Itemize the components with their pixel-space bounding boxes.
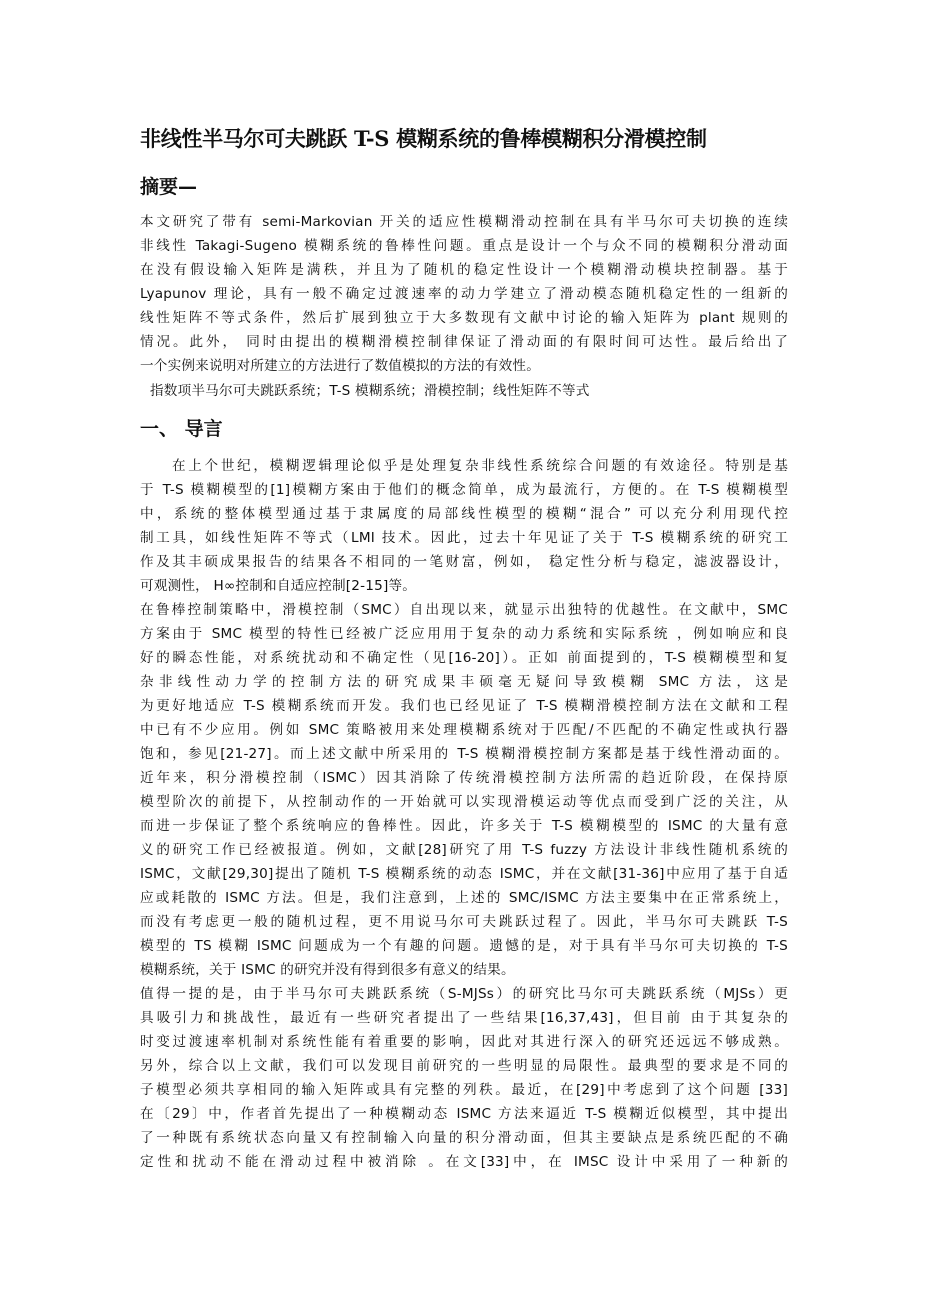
intro-line: 方案由于 SMC 模型的特性已经被广泛应用用于复杂的动力系统和实际系统 ，例如响… xyxy=(140,622,788,646)
intro-line: 好的瞬态性能，对系统扰动和不确定性（见[16-20]）。正如 前面提到的，T-S… xyxy=(140,646,788,670)
intro-line: 作及其丰硕成果报告的结果各不相同的一笔财富，例如， 稳定性分析与稳定，滤波器设计… xyxy=(140,550,788,574)
intro-line: 在上个世纪，模糊逻辑理论似乎是处理复杂非线性系统综合问题的有效途径。特别是基 xyxy=(172,454,788,478)
intro-line: 中，系统的整体模型通过基于隶属度的局部线性模型的模糊“混合” 可以充分利用现代控 xyxy=(140,502,788,526)
intro-line: 了一种既有系统状态向量又有控制输入向量的积分滑动面，但其主要缺点是系统匹配的不确 xyxy=(140,1126,788,1150)
intro-line: 而进一步保证了整个系统响应的鲁棒性。因此，许多关于 T-S 模糊模型的 ISMC… xyxy=(140,814,788,838)
intro-line: 另外，综合以上文献，我们可以发现目前研究的一些明显的局限性。最典型的要求是不同的 xyxy=(140,1054,788,1078)
intro-line: 模型阶次的前提下，从控制动作的一开始就可以实现滑模运动等优点而受到广泛的关注，从 xyxy=(140,790,788,814)
intro-line: 应或耗散的 ISMC 方法。但是，我们注意到，上述的 SMC/ISMC 方法主要… xyxy=(140,886,788,910)
abstract-heading: 摘要— xyxy=(140,173,197,201)
intro-line: 饱和，参见[21-27]。而上述文献中所采用的 T-S 模糊滑模控制方案都是基于… xyxy=(140,742,788,766)
intro-line: 子模型必须共享相同的输入矩阵或具有完整的列秩。最近，在[29]中考虑到了这个问题… xyxy=(140,1078,788,1102)
intro-line: 在〔29〕中，作者首先提出了一种模糊动态 ISMC 方法来逼近 T-S 模糊近似… xyxy=(140,1102,788,1126)
intro-line: 近年来，积分滑模控制（ISMC）因其消除了传统滑模控制方法所需的趋近阶段，在保持… xyxy=(140,766,788,790)
intro-line: 在鲁棒控制策略中，滑模控制（SMC）自出现以来，就显示出独特的优越性。在文献中，… xyxy=(140,598,788,622)
abstract-line: Lyapunov 理论，具有一般不确定过渡速率的动力学建立了滑动模态随机稳定性的… xyxy=(140,282,788,306)
index-terms: 指数项半马尔可夫跳跃系统；T-S 模糊系统；滑模控制；线性矩阵不等式 xyxy=(150,379,788,403)
abstract-line: 情况。此外， 同时由提出的模糊滑模控制律保证了滑动面的有限时间可达性。最后给出了 xyxy=(140,330,788,354)
intro-line: 定性和扰动不能在滑动过程中被消除 。在文[33]中，在 IMSC 设计中采用了一… xyxy=(140,1150,788,1174)
intro-line: 为更好地适应 T-S 模糊系统而开发。我们也已经见证了 T-S 模糊滑模控制方法… xyxy=(140,694,788,718)
abstract-line: 非线性 Takagi-Sugeno 模糊系统的鲁棒性问题。重点是设计一个与众不同… xyxy=(140,234,788,258)
intro-line: 模糊系统，关于 ISMC 的研究并没有得到很多有意义的结果。 xyxy=(140,958,788,982)
abstract-line: 在没有假设输入矩阵是满秩，并且为了随机的稳定性设计一个模糊滑动模块控制器。基于 xyxy=(140,258,788,282)
intro-line: 值得一提的是，由于半马尔可夫跳跃系统（S-MJSs）的研究比马尔可夫跳跃系统（M… xyxy=(140,982,788,1006)
abstract-line: 一个实例来说明对所建立的方法进行了数值模拟的方法的有效性。 xyxy=(140,354,788,378)
intro-line: 中已有不少应用。例如 SMC 策略被用来处理模糊系统对于匹配/不匹配的不确定性或… xyxy=(140,718,788,742)
intro-line: 模型的 TS 模糊 ISMC 问题成为一个有趣的问题。遗憾的是，对于具有半马尔可… xyxy=(140,934,788,958)
intro-line: 而没有考虑更一般的随机过程，更不用说马尔可夫跳跃过程了。因此，半马尔可夫跳跃 T… xyxy=(140,910,788,934)
abstract-line: 线性矩阵不等式条件，然后扩展到独立于大多数现有文献中讨论的输入矩阵为 plant… xyxy=(140,306,788,330)
intro-line: 可观测性， H∞控制和自适应控制[2-15]等。 xyxy=(140,574,788,598)
intro-line: 时变过渡速率机制对系统性能有着重要的影响，因此对其进行深入的研究还远远不够成熟。 xyxy=(140,1030,788,1054)
intro-line: ISMC，文献[29,30]提出了随机 T-S 模糊系统的动态 ISMC，并在文… xyxy=(140,862,788,886)
intro-line: 于 T-S 模糊模型的[1]模糊方案由于他们的概念简单，成为最流行，方便的。在 … xyxy=(140,478,788,502)
introduction-heading: 一、 导言 xyxy=(140,415,223,443)
abstract-line: 本文研究了带有 semi-Markovian 开关的适应性模糊滑动控制在具有半马… xyxy=(140,210,788,234)
intro-line: 义的研究工作已经被报道。例如，文献[28]研究了用 T-S fuzzy 方法设计… xyxy=(140,838,788,862)
paper-title: 非线性半马尔可夫跳跃 T-S 模糊系统的鲁棒模糊积分滑模控制 xyxy=(140,124,788,154)
intro-line: 杂非线性动力学的控制方法的研究成果丰硕毫无疑问导致模糊 SMC 方法，这是 xyxy=(140,670,788,694)
intro-line: 具吸引力和挑战性，最近有一些研究者提出了一些结果[16,37,43]，但目前 由… xyxy=(140,1006,788,1030)
intro-line: 制工具，如线性矩阵不等式（LMI 技术。因此，过去十年见证了关于 T-S 模糊系… xyxy=(140,526,788,550)
